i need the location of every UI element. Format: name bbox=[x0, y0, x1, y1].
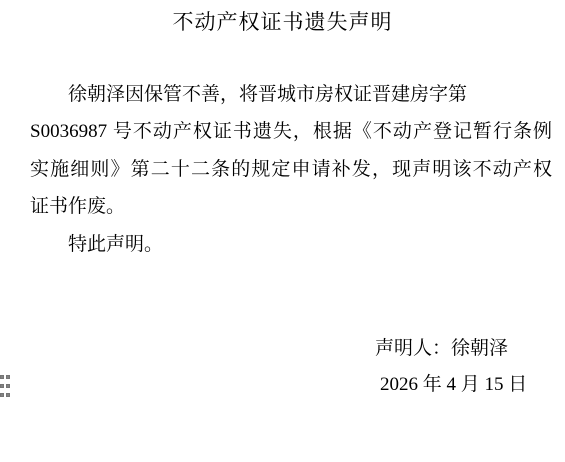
document-page: 不动产权证书遗失声明 徐朝泽因保管不善，将晋城市房权证晋建房字第 S003698… bbox=[0, 0, 565, 462]
signature-date: 2026 年 4 月 15 日 bbox=[380, 373, 527, 396]
handle-dot bbox=[6, 375, 10, 379]
document-body: 徐朝泽因保管不善，将晋城市房权证晋建房字第 S0036987 号不动产权证书遗失… bbox=[30, 76, 552, 263]
signature-declarant: 声明人：徐朝泽 bbox=[375, 337, 508, 360]
body-line: 徐朝泽因保管不善，将晋城市房权证晋建房字第 bbox=[30, 76, 552, 113]
body-line: 证书作废。 bbox=[30, 188, 552, 225]
handle-dot bbox=[0, 384, 4, 388]
drag-handle-icon[interactable] bbox=[0, 375, 10, 397]
handle-dot bbox=[6, 393, 10, 397]
body-line: S0036987 号不动产权证书遗失，根据《不动产登记暂行条例 bbox=[30, 113, 552, 150]
body-line: 特此声明。 bbox=[30, 226, 552, 263]
handle-dot bbox=[0, 393, 4, 397]
handle-dot bbox=[0, 375, 4, 379]
handle-dot bbox=[6, 384, 10, 388]
body-line: 实施细则》第二十二条的规定申请补发，现声明该不动产权 bbox=[30, 151, 552, 188]
document-title: 不动产权证书遗失声明 bbox=[0, 6, 565, 36]
